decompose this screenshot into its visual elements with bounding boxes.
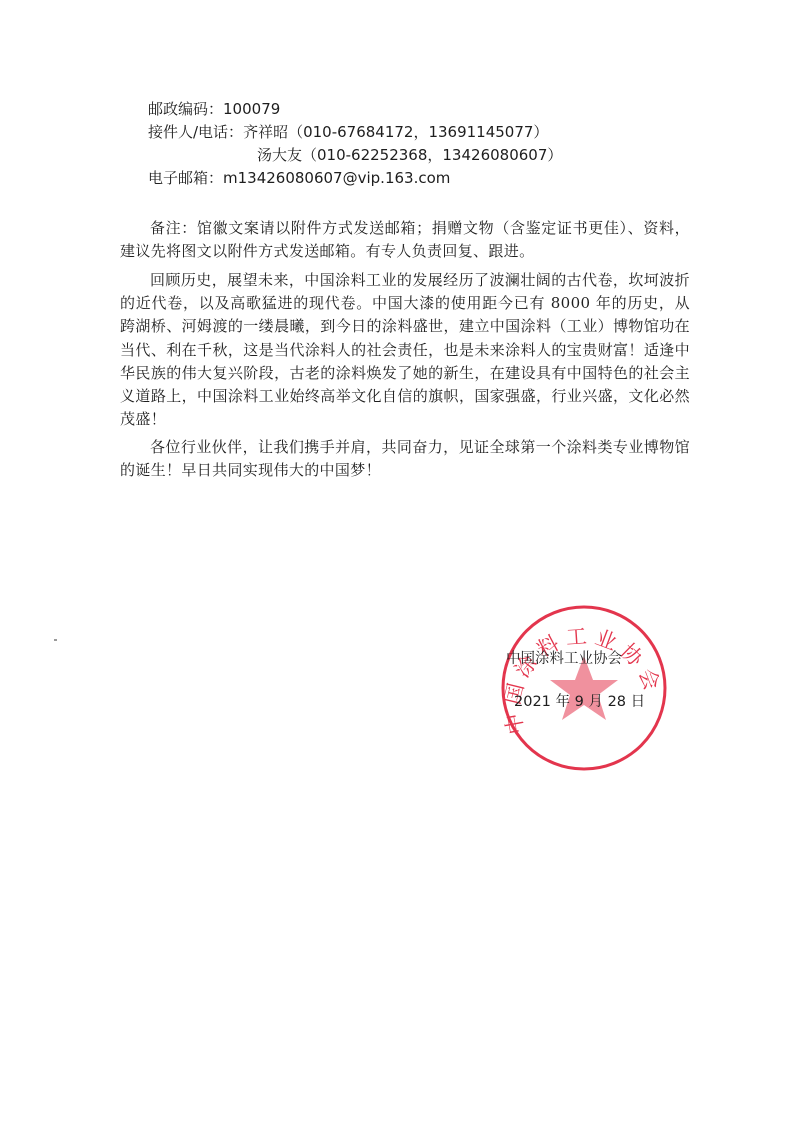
postal-code-value: 100079 <box>223 100 280 118</box>
closing-paragraph: 各位行业伙伴，让我们携手并肩，共同奋力，见证全球第一个涂料类专业博物馆的诞生！早… <box>120 436 690 482</box>
contact-block: 邮政编码：100079 接件人/电话：齐祥昭（010-67684172，1369… <box>148 98 562 190</box>
postal-code-row: 邮政编码：100079 <box>148 98 562 121</box>
history-paragraph: 回顾历史，展望未来，中国涂料工业的发展经历了波澜壮阔的古代卷，坎坷波折的近代卷，… <box>120 269 690 431</box>
contact-person-2: 汤大友（010-62252368，13426080607） <box>257 146 562 164</box>
signature-organization: 中国涂料工业协会 <box>506 647 622 668</box>
contact-person-row-2: 汤大友（010-62252368，13426080607） <box>148 144 562 167</box>
contact-person-row: 接件人/电话：齐祥昭（010-67684172，13691145077） <box>148 121 562 144</box>
email-label: 电子邮箱： <box>148 169 223 187</box>
official-seal-stamp: 中国涂料工业协会 <box>500 604 668 772</box>
contact-label: 接件人/电话： <box>148 123 243 141</box>
contact-person-1: 齐祥昭（010-67684172，13691145077） <box>243 123 548 141</box>
postal-code-label: 邮政编码： <box>148 100 223 118</box>
email-value: m13426080607@vip.163.com <box>223 169 450 187</box>
signature-date: 2021 年 9 月 28 日 <box>514 690 645 711</box>
note-paragraph: 备注：馆徽文案请以附件方式发送邮箱；捐赠文物（含鉴定证书更佳）、资料，建议先将图… <box>120 217 690 263</box>
scan-speck <box>54 639 57 641</box>
email-row: 电子邮箱：m13426080607@vip.163.com <box>148 167 562 190</box>
